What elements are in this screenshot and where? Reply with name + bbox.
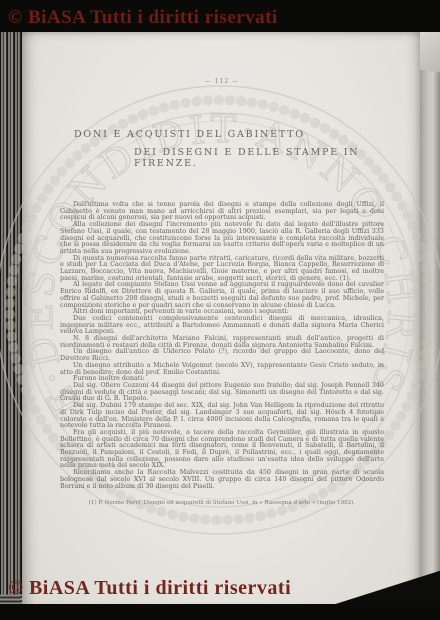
- footnote: (1) P. Nerino Ferri, Disegni ed acquarel…: [86, 500, 358, 506]
- printed-text-column: — 112 — DONI E ACQUISTI DEL GABINETTO DE…: [60, 78, 384, 506]
- paragraph: Dal sig. Dubini 179 stampe del sec. XIX,…: [60, 402, 384, 429]
- paragraph: N. 8 disegni dell'architetto Mariano Fal…: [60, 335, 384, 348]
- paragraph: Al legato del compianto Stefano Ussi ven…: [60, 281, 384, 308]
- article-body: Dall'ultima volta che si tenne parola de…: [60, 201, 384, 489]
- paragraph: Un disegno dall'antico di Ulderico Polat…: [60, 348, 384, 361]
- paragraph: Dal sig. Ofiero Cozzoni 44 disegni del p…: [60, 382, 384, 402]
- paragraph: Di questa numerosa raccolta fanno parte …: [60, 255, 384, 282]
- paragraph: Alla collezione dei disegni l'incremento…: [60, 221, 384, 255]
- paragraph: Fra gli acquisti, il più notevole, a tac…: [60, 429, 384, 469]
- article-title-line1: DONI E ACQUISTI DEL GABINETTO: [74, 129, 384, 140]
- copyright-watermark-top: © BiASA Tutti i diritti riservati: [8, 7, 278, 29]
- scan-bottom-bar: [0, 604, 440, 620]
- page-number: — 112 —: [60, 78, 384, 85]
- scanned-book-page: E·DESCONDIDIT·ANNO·CHRIS — 112 — DONI E …: [0, 0, 440, 620]
- paragraph: Dall'ultima volta che si tenne parola de…: [60, 201, 384, 221]
- paragraph: Ricordiamo anche la Raccolta Malvezzi co…: [60, 469, 384, 489]
- paragraph: Un disegno attribuito a Michele Volgemut…: [60, 362, 384, 375]
- paragraph: Due codici contenenti complessivamente c…: [60, 315, 384, 335]
- article-title-line2: DEI DISEGNI E DELLE STAMPE IN FIRENZE.: [134, 147, 384, 169]
- copyright-watermark-bottom: © BiASA Tutti i diritti riservati: [8, 577, 291, 600]
